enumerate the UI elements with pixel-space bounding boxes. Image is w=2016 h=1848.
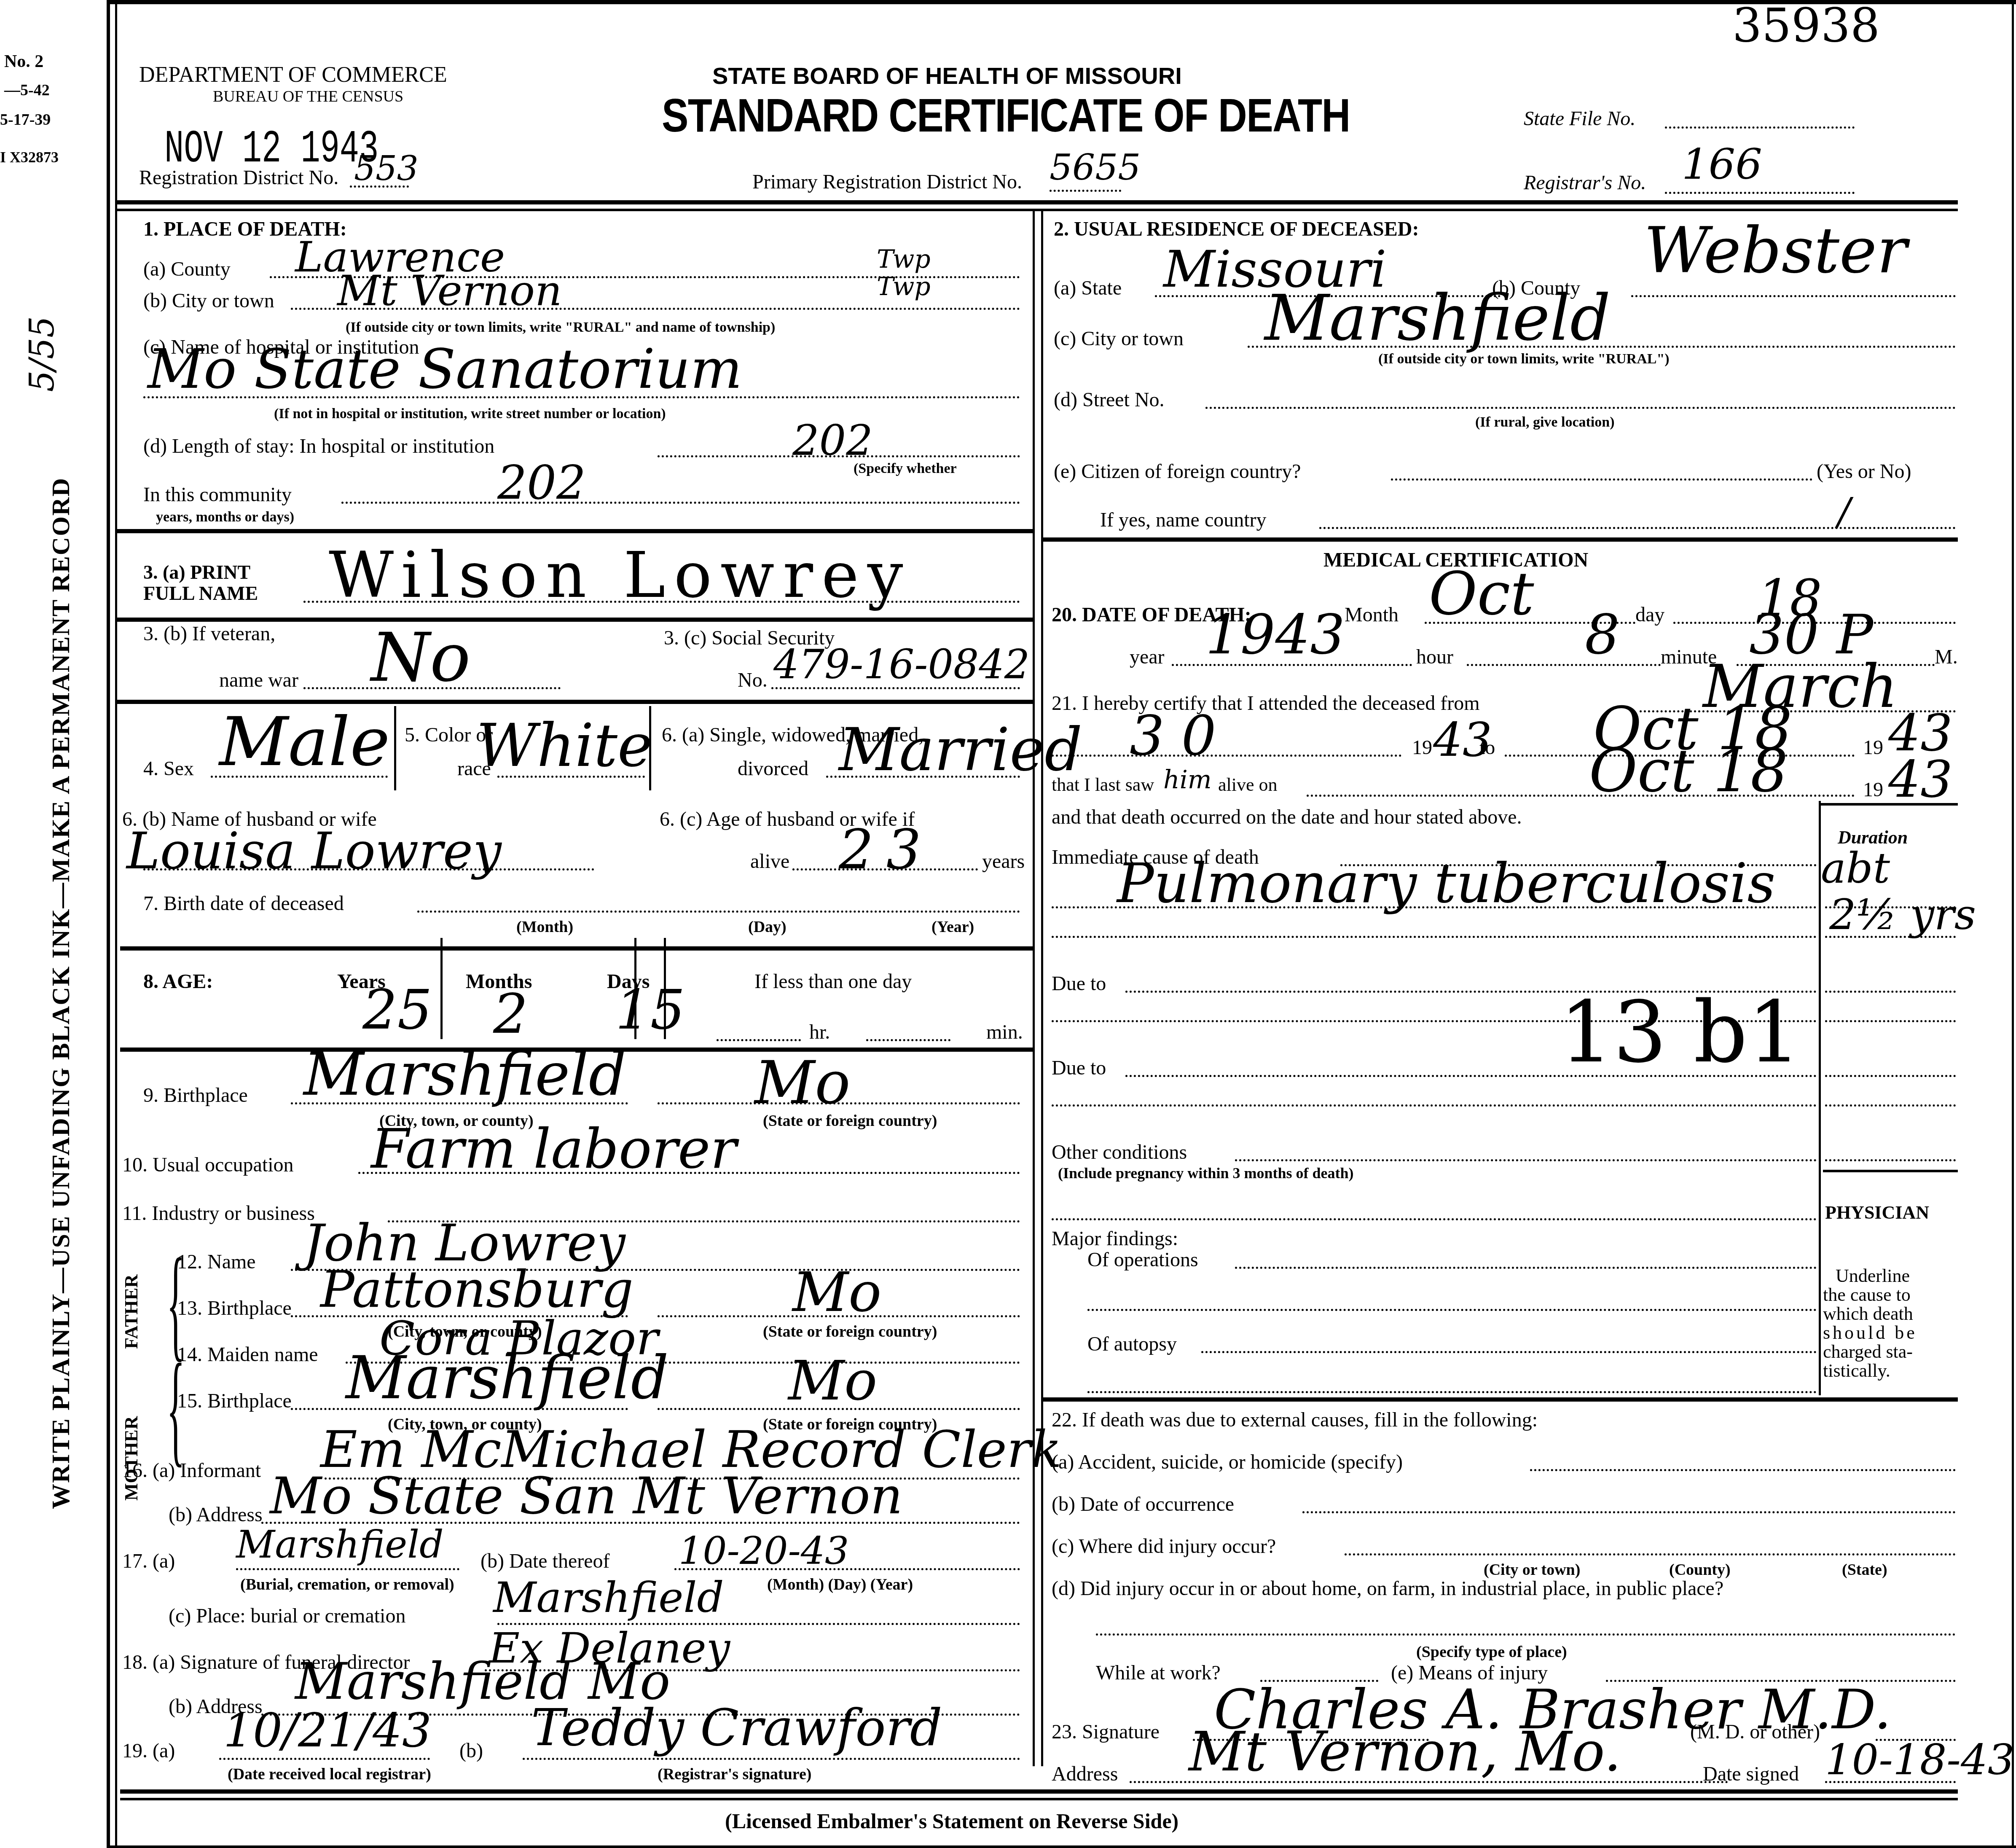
department-label: DEPARTMENT OF COMMERCE [139, 64, 447, 86]
physician-note-line: which death [1823, 1305, 1913, 1323]
form-code: 5-17-39 [0, 112, 51, 128]
physician-note-line: should be [1823, 1324, 1917, 1342]
physician-note-line: the cause to [1823, 1286, 1911, 1304]
birthplace-state-value[interactable]: Mo [754, 1054, 851, 1113]
disposition-date-value[interactable]: 10-20-43 [679, 1532, 849, 1570]
color-value[interactable]: White [476, 717, 652, 776]
ink-instruction: WRITE PLAINLY—USE UNFADING BLACK INK—MAK… [46, 478, 75, 1510]
margin-scribble: 5/55 [25, 316, 59, 392]
center-divider [1033, 211, 1035, 1766]
father-side-label: FATHER [122, 1274, 141, 1349]
birth-year-hint: (Year) [931, 919, 974, 935]
immediate-cause-value[interactable]: Pulmonary tuberculosis [1117, 856, 1775, 911]
age-years-value[interactable]: 25 [362, 982, 432, 1037]
disposition-value[interactable]: Marshfield [236, 1526, 444, 1564]
injury-city-hint: (City or town) [1484, 1562, 1580, 1578]
birthplace-label: 9. Birthplace [143, 1085, 248, 1106]
father-birthplace-label: 13. Birthplace [177, 1298, 292, 1319]
disposition-label: 17. (a) [122, 1551, 175, 1571]
frame-bottom [107, 1845, 2016, 1848]
registrar-signature-value[interactable]: Teddy Crawford [531, 1703, 942, 1754]
date-received-hint: (Date received local registrar) [228, 1766, 431, 1782]
attended-to-label: to [1479, 738, 1495, 758]
disposition-date-label: (b) Date thereof [481, 1551, 610, 1571]
injury-place-type-hint: (Specify type of place) [1416, 1644, 1567, 1660]
death-year-label: year [1130, 647, 1165, 667]
other-conditions-hint: (Include pregnancy within 3 months of de… [1058, 1166, 1353, 1181]
residence-city-label: (c) City or town [1054, 329, 1184, 349]
stay-hint: (Specify whether [854, 462, 957, 476]
certificate-title: STANDARD CERTIFICATE OF DEATH [662, 92, 1350, 139]
state-file-label: State File No. [1524, 109, 1635, 129]
physician-signature-label: 23. Signature [1052, 1722, 1160, 1742]
statistical-code-annotation: 13 b1 [1560, 991, 1801, 1075]
injury-place-type-label: (d) Did injury occur in or about home, o… [1052, 1579, 1723, 1599]
age-days-value[interactable]: 15 [615, 982, 685, 1037]
certify-label: 21. I hereby certify that I attended the… [1052, 693, 1480, 714]
occupation-value[interactable]: Farm laborer [371, 1121, 736, 1176]
file-number-stamp: 35938 [1732, 2, 1880, 48]
country-label: If yes, name country [1100, 510, 1267, 530]
last-saw-alive-label: alive on [1218, 776, 1278, 794]
physician-note-line: Underline [1836, 1267, 1910, 1285]
marital-label-2: divorced [738, 759, 808, 779]
disposition-hint: (Burial, cremation, or removal) [240, 1577, 454, 1593]
state-board-label: STATE BOARD OF HEALTH OF MISSOURI [712, 64, 1182, 88]
operations-label: Of operations [1087, 1250, 1198, 1270]
mother-maiden-label: 14. Maiden name [177, 1345, 318, 1365]
hours-label: hr. [809, 1022, 830, 1042]
full-name-label-2: FULL NAME [143, 584, 258, 603]
external-causes-heading: 22. If death was due to external causes,… [1052, 1410, 1538, 1430]
injury-location-label: (c) Where did injury occur? [1052, 1536, 1276, 1557]
physician-address-label: Address [1052, 1764, 1118, 1784]
spouse-value[interactable]: Louisa Lowrey [126, 826, 502, 877]
occupation-label: 10. Usual occupation [122, 1155, 294, 1175]
residence-heading: 2. USUAL RESIDENCE OF DECEASED: [1054, 219, 1419, 239]
less-than-day-label: If less than one day [754, 972, 912, 992]
physician-note-line: tistically. [1823, 1362, 1890, 1380]
received-stamp: NOV 12 1943 [164, 126, 379, 173]
mother-side-label: MOTHER [122, 1416, 141, 1501]
attended-to-year-prefix: 19 [1863, 738, 1883, 758]
mother-birthplace-label: 15. Birthplace [177, 1391, 292, 1411]
duration-value-2[interactable]: 2½ yrs [1829, 894, 1976, 936]
disposition-date-hint: (Month) (Day) (Year) [767, 1577, 913, 1593]
frame-top [107, 0, 2016, 4]
father-state-hint: (State or foreign country) [763, 1324, 937, 1340]
embalmer-note: (Licensed Embalmer's Statement on Revers… [725, 1810, 1178, 1832]
form-code: No. 2 [4, 53, 43, 70]
registration-district-label: Registration District No. [139, 168, 338, 188]
due-to-label-1: Due to [1052, 974, 1106, 994]
last-saw-year-prefix: 19 [1863, 780, 1883, 800]
occurrence-date-label: (b) Date of occurrence [1052, 1494, 1234, 1515]
mother-birthplace-city[interactable]: Marshfield [346, 1349, 668, 1408]
death-city-value[interactable]: Mt Vernon [337, 270, 562, 312]
other-conditions-label: Other conditions [1052, 1142, 1187, 1163]
duration-value-1[interactable]: abt [1821, 847, 1890, 889]
last-saw-year[interactable]: 43 [1888, 755, 1953, 805]
last-saw-value[interactable]: Oct 18 [1589, 742, 1788, 801]
form-code: —5-42 [4, 82, 50, 98]
date-signed-label: Date signed [1703, 1764, 1799, 1784]
residence-city-value[interactable]: Marshfield [1264, 287, 1611, 350]
death-year-value[interactable]: 1943 [1205, 607, 1345, 662]
frame-left-inner [115, 0, 117, 1848]
footer-divider [120, 1789, 1958, 1794]
residence-county-value[interactable]: Webster [1644, 219, 1907, 282]
minutes-label: min. [986, 1022, 1023, 1042]
mother-birthplace-state[interactable]: Mo [788, 1353, 877, 1408]
primary-district-label: Primary Registration District No. [752, 172, 1022, 192]
birth-day-hint: (Day) [748, 919, 787, 935]
registrar-signature-label: (b) [459, 1741, 483, 1761]
frame-right [2012, 0, 2014, 1848]
father-name-label: 12. Name [177, 1252, 256, 1272]
last-saw-pronoun: him [1163, 767, 1212, 792]
community-label: In this community [143, 485, 292, 505]
attended-from-day[interactable]: 30 [1130, 708, 1233, 763]
primary-district-value: 5655 [1050, 150, 1141, 185]
death-city-hint: (If outside city or town limits, write "… [346, 320, 775, 335]
death-month-label: Month [1345, 605, 1399, 625]
informant-label: 16. (a) Informant [122, 1461, 261, 1481]
accident-label: (a) Accident, suicide, or homicide (spec… [1052, 1452, 1403, 1472]
form-code: I X32873 [0, 150, 59, 165]
country-value[interactable]: / [1838, 493, 1850, 531]
date-signed-value[interactable]: 10-18-43 [1825, 1739, 2014, 1781]
war-label: name war [219, 670, 298, 690]
industry-label: 11. Industry or business [122, 1203, 315, 1224]
registrar-number-value: 166 [1682, 143, 1762, 185]
death-hour-value[interactable]: 8 [1585, 607, 1620, 662]
age-label: 8. AGE: [143, 972, 213, 992]
frame-left-outer [107, 0, 110, 1848]
registrar-signature-hint: (Registrar's signature) [658, 1766, 812, 1782]
citizen-yesno-hint: (Yes or No) [1817, 462, 1911, 482]
death-city-label: (b) City or town [143, 291, 274, 311]
stay-value[interactable]: 202 [792, 419, 873, 462]
date-received-value[interactable]: 10/21/43 [223, 1707, 432, 1754]
registrar-number-label: Registrar's No. [1524, 173, 1646, 193]
father-birthplace-city[interactable]: Pattonsburg [320, 1265, 634, 1315]
death-day-label: day [1635, 605, 1664, 625]
death-statement: and that death occurred on the date and … [1052, 807, 1522, 827]
veteran-label: 3. (b) If veteran, [143, 624, 275, 644]
sex-label: 4. Sex [143, 759, 194, 779]
birth-month-hint: (Month) [516, 919, 573, 935]
injury-county-hint: (County) [1669, 1562, 1731, 1578]
community-value[interactable]: 202 [497, 459, 586, 506]
street-label: (d) Street No. [1054, 390, 1165, 410]
war-value[interactable]: No [371, 624, 470, 691]
death-meridiem-label: M. [1935, 647, 1958, 667]
spouse-age-value[interactable]: 23 [839, 822, 934, 877]
death-month-value[interactable]: Oct [1429, 565, 1534, 624]
marital-value[interactable]: Married [839, 721, 1082, 780]
injury-state-hint: (State) [1842, 1562, 1887, 1578]
death-city-note: Twp [877, 274, 931, 299]
due-to-label-2: Due to [1052, 1058, 1106, 1078]
registration-district-value: 553 [354, 152, 419, 185]
last-saw-label: that I last saw [1052, 776, 1154, 794]
birth-date-label: 7. Birth date of deceased [143, 894, 344, 914]
full-name-value[interactable]: Wilson Lowrey [329, 544, 912, 607]
physician-address-value[interactable]: Mt Vernon, Mo. [1189, 1724, 1621, 1779]
header-divider [116, 200, 1958, 204]
sex-value[interactable]: Male [219, 708, 390, 776]
ss-value[interactable]: 479-16-0842 [773, 645, 1030, 685]
stay-label: (d) Length of stay: In hospital or insti… [143, 436, 494, 457]
birthplace-city-value[interactable]: Marshfield [303, 1045, 626, 1104]
community-hint: years, months or days) [156, 510, 294, 524]
hospital-value[interactable]: Mo State Sanatorium [148, 341, 742, 396]
major-findings-label: Major findings: [1052, 1229, 1178, 1249]
ss-no-label: No. [738, 670, 768, 690]
death-hour-label: hour [1416, 647, 1453, 667]
burial-place-label: (c) Place: burial or cremation [169, 1606, 405, 1626]
death-county-label: (a) County [143, 259, 231, 279]
full-name-label-1: 3. (a) PRINT [143, 563, 250, 582]
father-birthplace-state[interactable]: Mo [792, 1265, 881, 1319]
hospital-hint: (If not in hospital or institution, writ… [274, 407, 666, 421]
while-at-work-label: While at work? [1096, 1663, 1221, 1683]
residence-state-label: (a) State [1054, 278, 1122, 298]
spouse-age-unit: years [982, 851, 1025, 872]
bureau-label: BUREAU OF THE CENSUS [213, 89, 403, 105]
informant-address-value[interactable]: Mo State San Mt Vernon [270, 1471, 903, 1522]
autopsy-label: Of autopsy [1087, 1334, 1177, 1354]
signature-type-hint: (M. D. or other) [1690, 1722, 1820, 1742]
street-hint: (If rural, give location) [1475, 415, 1615, 430]
informant-address-label: (b) Address [169, 1505, 263, 1525]
birthplace-state-hint: (State or foreign country) [763, 1113, 937, 1129]
citizen-label: (e) Citizen of foreign country? [1054, 462, 1301, 482]
spouse-age-label-2: alive [750, 851, 789, 872]
residence-city-hint: (If outside city or town limits, write "… [1378, 352, 1670, 366]
burial-place-value[interactable]: Marshfield [493, 1577, 724, 1619]
attended-from-year-prefix: 19 [1412, 738, 1432, 758]
physician-heading: PHYSICIAN [1825, 1203, 1929, 1222]
date-received-label: 19. (a) [122, 1741, 175, 1761]
death-county-note: Twp [877, 247, 931, 272]
physician-note-line: charged sta- [1823, 1343, 1913, 1361]
age-months-value[interactable]: 2 [493, 986, 528, 1041]
